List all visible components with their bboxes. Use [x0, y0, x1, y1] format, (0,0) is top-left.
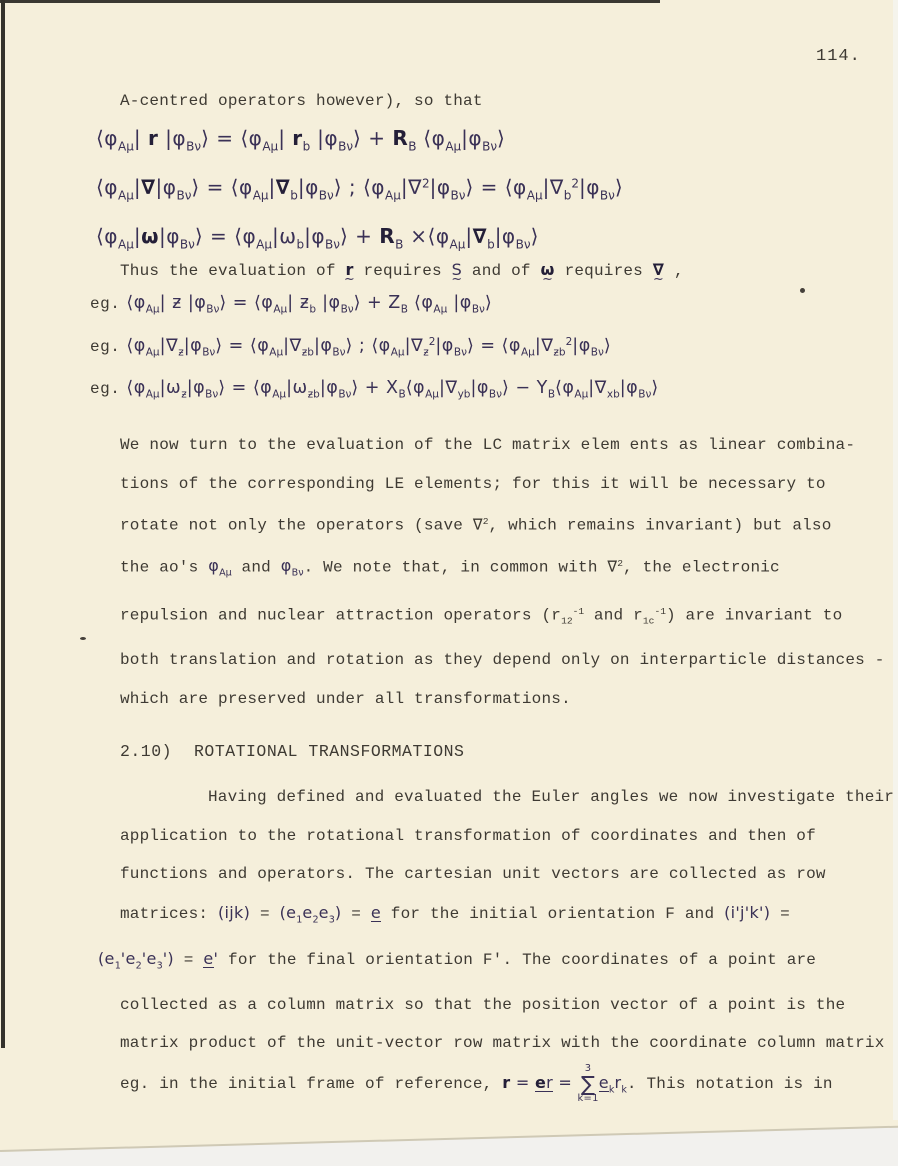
text-line: both translation and rotation as they de…: [120, 641, 885, 680]
text-line: which are preserved under all transforma…: [120, 680, 885, 719]
example-equation-line-3: eg. ⟨φAμ|ωƶ|φBν⟩ = ⟨φAμ|ωƶb|φBν⟩ + XB⟨φA…: [90, 378, 659, 401]
example-equation-line-1: eg. ⟨φAμ| ƶ |φBν⟩ = ⟨φAμ| ƶb |φBν⟩ + ZB …: [90, 293, 492, 316]
text-line: matrix product of the unit-vector row ma…: [120, 1024, 894, 1063]
body-paragraph-rotational: Having defined and evaluated the Euler a…: [120, 778, 894, 1109]
section-heading: 2.10)ROTATIONAL TRANSFORMATIONS: [120, 742, 464, 761]
equation-line-3: ⟨φAμ|ω|φBν⟩ = ⟨φAμ|ωb|φBν⟩ + RB ×⟨φAμ|∇b…: [96, 224, 539, 251]
body-paragraph-lc-matrix: We now turn to the evaluation of the LC …: [120, 426, 885, 719]
text-line: matrices: (ijk) = (e1e2e3) = e for the i…: [120, 894, 894, 940]
example-equation-line-2: eg. ⟨φAμ|∇ƶ|φBν⟩ = ⟨φAμ|∇ƶb|φBν⟩ ; ⟨φAμ|…: [90, 336, 611, 359]
ink-speck: [80, 637, 86, 640]
paper-sheet: 114. A-centred operators however), so th…: [0, 0, 898, 1166]
text-line: (e1'e2'e3') = e' for the final orientati…: [98, 940, 894, 986]
section-title: ROTATIONAL TRANSFORMATIONS: [194, 742, 464, 761]
text-line: repulsion and nuclear attraction operato…: [120, 593, 885, 641]
text-line: Having defined and evaluated the Euler a…: [120, 778, 894, 817]
left-edge-shadow: [1, 0, 5, 1048]
text-line: collected as a column matrix so that the…: [120, 986, 894, 1025]
page-scan: 114. A-centred operators however), so th…: [0, 0, 898, 1166]
text-line: application to the rotational transforma…: [120, 817, 894, 856]
intro-line: A-centred operators however), so that: [120, 92, 483, 110]
page-number: 114.: [816, 47, 861, 66]
thus-line: Thus the evaluation of r∼ requires S∼ an…: [120, 260, 684, 280]
text-line: functions and operators. The cartesian u…: [120, 855, 894, 894]
equation-line-2: ⟨φAμ|∇|φBν⟩ = ⟨φAμ|∇b|φBν⟩ ; ⟨φAμ|∇2|φBν…: [96, 175, 623, 202]
text-line: eg. in the initial frame of reference, r…: [120, 1063, 894, 1110]
equation-line-1: ⟨φAμ| r |φBν⟩ = ⟨φAμ| rb |φBν⟩ + RB ⟨φAμ…: [96, 126, 505, 153]
text-line: rotate not only the operators (save ∇2, …: [120, 503, 885, 545]
text-line: We now turn to the evaluation of the LC …: [120, 426, 885, 465]
top-edge-shadow: [0, 0, 660, 3]
text-line: tions of the corresponding LE elements; …: [120, 465, 885, 504]
text-line: the ao's φAμ and φBν. We note that, in c…: [120, 545, 885, 593]
section-number: 2.10): [120, 742, 172, 761]
ink-speck: [800, 288, 805, 293]
